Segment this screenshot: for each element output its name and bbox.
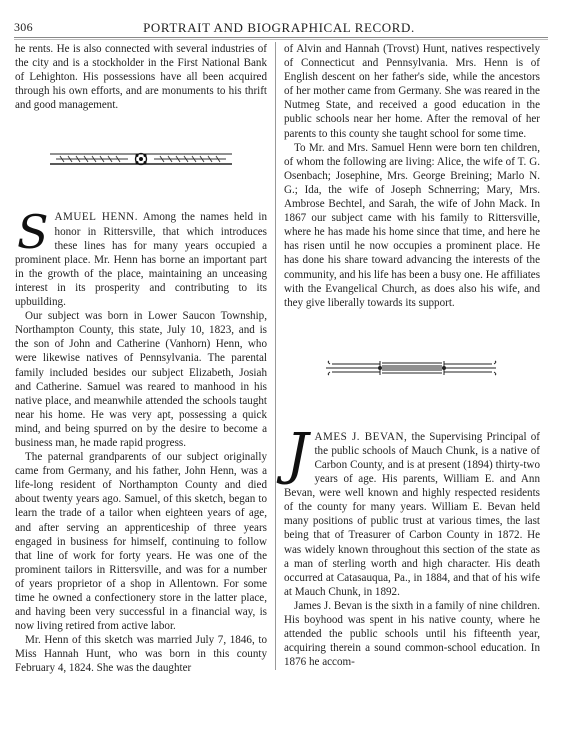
henn-paragraph: The paternal grandparents of our subject… [15, 450, 267, 633]
henn-continued-paragraph: of Alvin and Hannah (Trovst) Hunt, nativ… [284, 42, 540, 141]
book-page: 306 PORTRAIT AND BIOGRAPHICAL RECORD. he… [0, 0, 562, 730]
left-column: he rents. He is also connected with seve… [15, 42, 267, 676]
henn-paragraph: Mr. Henn of this sketch was married July… [15, 633, 267, 675]
bevan-intro: the Supervising Principal of the public … [284, 431, 540, 598]
right-column: of Alvin and Hannah (Trovst) Hunt, nativ… [284, 42, 540, 669]
floral-divider-ornament-icon [48, 152, 234, 166]
page-header: 306 PORTRAIT AND BIOGRAPHICAL RECORD. [14, 20, 544, 36]
drop-cap-j: J [284, 430, 310, 480]
henn-paragraph: Our subject was born in Lower Saucon Tow… [15, 309, 267, 450]
bevan-biography: J AMES J. BEVAN, the Supervising Princip… [284, 430, 540, 599]
scroll-divider-ornament-icon [324, 360, 500, 374]
henn-continued-paragraph: To Mr. and Mrs. Samuel Henn were born te… [284, 141, 540, 310]
running-title: PORTRAIT AND BIOGRAPHICAL RECORD. [14, 20, 544, 36]
henn-name-heading: AMUEL HENN. [55, 211, 138, 223]
drop-cap-s: S [15, 212, 51, 252]
bevan-name-heading: AMES J. BEVAN, [314, 431, 407, 443]
henn-intro: Among the names held in honor in Ritters… [15, 211, 267, 308]
header-rule-thin [14, 39, 548, 40]
henn-biography: S AMUEL HENN. Among the names held in ho… [15, 210, 267, 309]
bevan-paragraph: James J. Bevan is the sixth in a family … [284, 599, 540, 669]
column-divider [275, 42, 276, 670]
continuation-paragraph: he rents. He is also connected with seve… [15, 42, 267, 112]
header-rule [14, 37, 548, 38]
